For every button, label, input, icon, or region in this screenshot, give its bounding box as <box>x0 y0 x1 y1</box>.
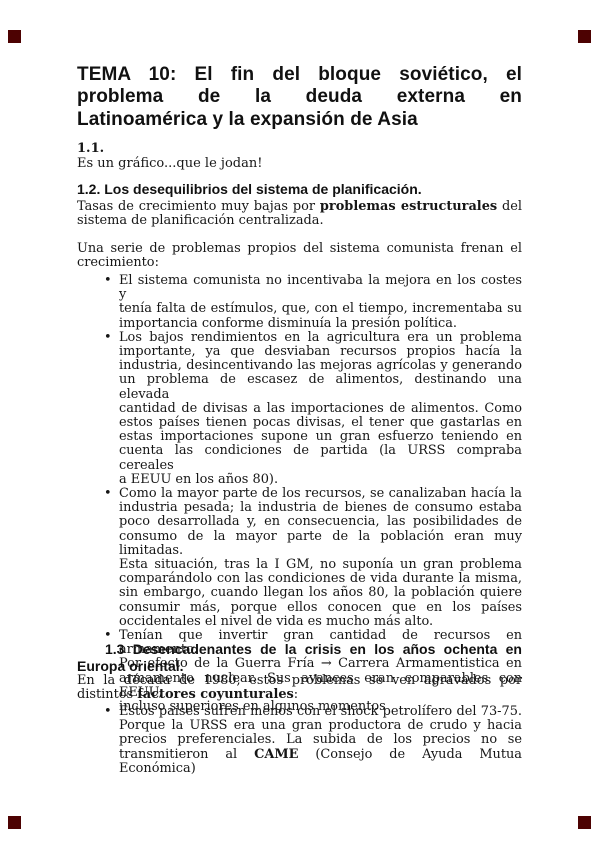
bullet-icon: • <box>104 331 112 345</box>
section-heading-1-3: 1.3 Desencadenantes de la crisis en los … <box>77 641 522 675</box>
section-number-1-1: 1.1. <box>77 141 522 156</box>
text-line: Los bajos rendimientos en la agricultura… <box>119 331 522 345</box>
bullet-list-coyuntural-factors: • Estos países sufren menos con el shock… <box>77 705 522 776</box>
corner-marker-top-right <box>578 30 591 43</box>
text-line: sistema de planificación centralizada. <box>77 214 522 228</box>
bullet-icon: • <box>104 274 112 288</box>
text-line: estos países tienen pocas divisas, el te… <box>119 416 522 430</box>
text-line: poco desarrollada y, en consecuencia, la… <box>119 515 522 529</box>
text-line: TEMA 10: El fin del bloque soviético, el <box>77 64 522 86</box>
text-line: 1.3 Desencadenantes de la crisis en los … <box>77 641 522 658</box>
corner-marker-top-left <box>8 30 21 43</box>
text-line: consumir más, porque ellos conocen que e… <box>119 601 522 615</box>
bullet-icon: • <box>104 705 112 719</box>
text-line: occidentales el nivel de vida es mucho m… <box>119 615 522 629</box>
text-line: estas importaciones supone un gran esfue… <box>119 430 522 444</box>
text-line: crecimiento: <box>77 256 522 270</box>
text-line: un problema de escasez de alimentos, des… <box>119 373 522 401</box>
text-line: precios preferenciales. La subida de los… <box>119 733 522 747</box>
text-line: problema de la deuda externa en <box>77 86 522 108</box>
bullet-item: • Los bajos rendimientos en la agricultu… <box>77 331 522 487</box>
bullet-item: • Estos países sufren menos con el shock… <box>77 705 522 776</box>
text-line: comparándolo con las condiciones de vida… <box>119 572 522 586</box>
text-line: El sistema comunista no incentivaba la m… <box>119 274 522 302</box>
text-line: Estos países sufren menos con el shock p… <box>119 705 522 719</box>
text-line: cuenta las condiciones de partida (la UR… <box>119 444 522 472</box>
text-line: Tasas de crecimiento muy bajas por probl… <box>77 200 522 214</box>
text-line: Como la mayor parte de los recursos, se … <box>119 487 522 501</box>
corner-marker-bottom-right <box>578 816 591 829</box>
text-line: En la década de 1980, estos problemas se… <box>77 674 522 688</box>
text-line: importancia conforme disminuía la presió… <box>119 317 522 331</box>
text-line: industria pesada; la industria de bienes… <box>119 501 522 515</box>
text-line: Esta situación, tras la I GM, no suponía… <box>119 558 522 572</box>
bullet-icon: • <box>104 487 112 501</box>
text-line: transmitieron al CAME (Consejo de Ayuda … <box>119 748 522 776</box>
text-line: tenía falta de estímulos, que, con el ti… <box>119 302 522 316</box>
paragraph-tasas: Tasas de crecimiento muy bajas por probl… <box>77 200 522 228</box>
bullet-item: • El sistema comunista no incentivaba la… <box>77 274 522 331</box>
corner-marker-bottom-left <box>8 816 21 829</box>
text-line: a EEUU en los años 80). <box>119 473 522 487</box>
text-line: importante, ya que desviaban recursos pr… <box>119 345 522 359</box>
text-line: distintos factores coyunturales: <box>77 688 522 702</box>
paragraph-una-serie: Una serie de problemas propios del siste… <box>77 242 522 270</box>
text-line: Latinoamérica y la expansión de Asia <box>77 109 522 131</box>
section-heading-1-2: 1.2. Los desequilibrios del sistema de p… <box>77 181 522 198</box>
bullet-item: • Como la mayor parte de los recursos, s… <box>77 487 522 629</box>
paragraph-decada-1980: En la década de 1980, estos problemas se… <box>77 674 522 702</box>
text-line: sin embargo, cuando llegan los años 80, … <box>119 586 522 600</box>
section-1-1-text: Es un gráfico...que le jodan! <box>77 156 522 171</box>
text-line: consumo de la mayor parte de la població… <box>119 530 522 558</box>
text-line: Porque la URSS era una gran productora d… <box>119 719 522 733</box>
text-line: cantidad de divisas a las importaciones … <box>119 402 522 416</box>
text-line: Una serie de problemas propios del siste… <box>77 242 522 256</box>
document-title: TEMA 10: El fin del bloque soviético, el… <box>77 64 522 131</box>
text-line: industria, desincentivando las mejoras a… <box>119 359 522 373</box>
document-page: TEMA 10: El fin del bloque soviético, el… <box>0 0 599 848</box>
